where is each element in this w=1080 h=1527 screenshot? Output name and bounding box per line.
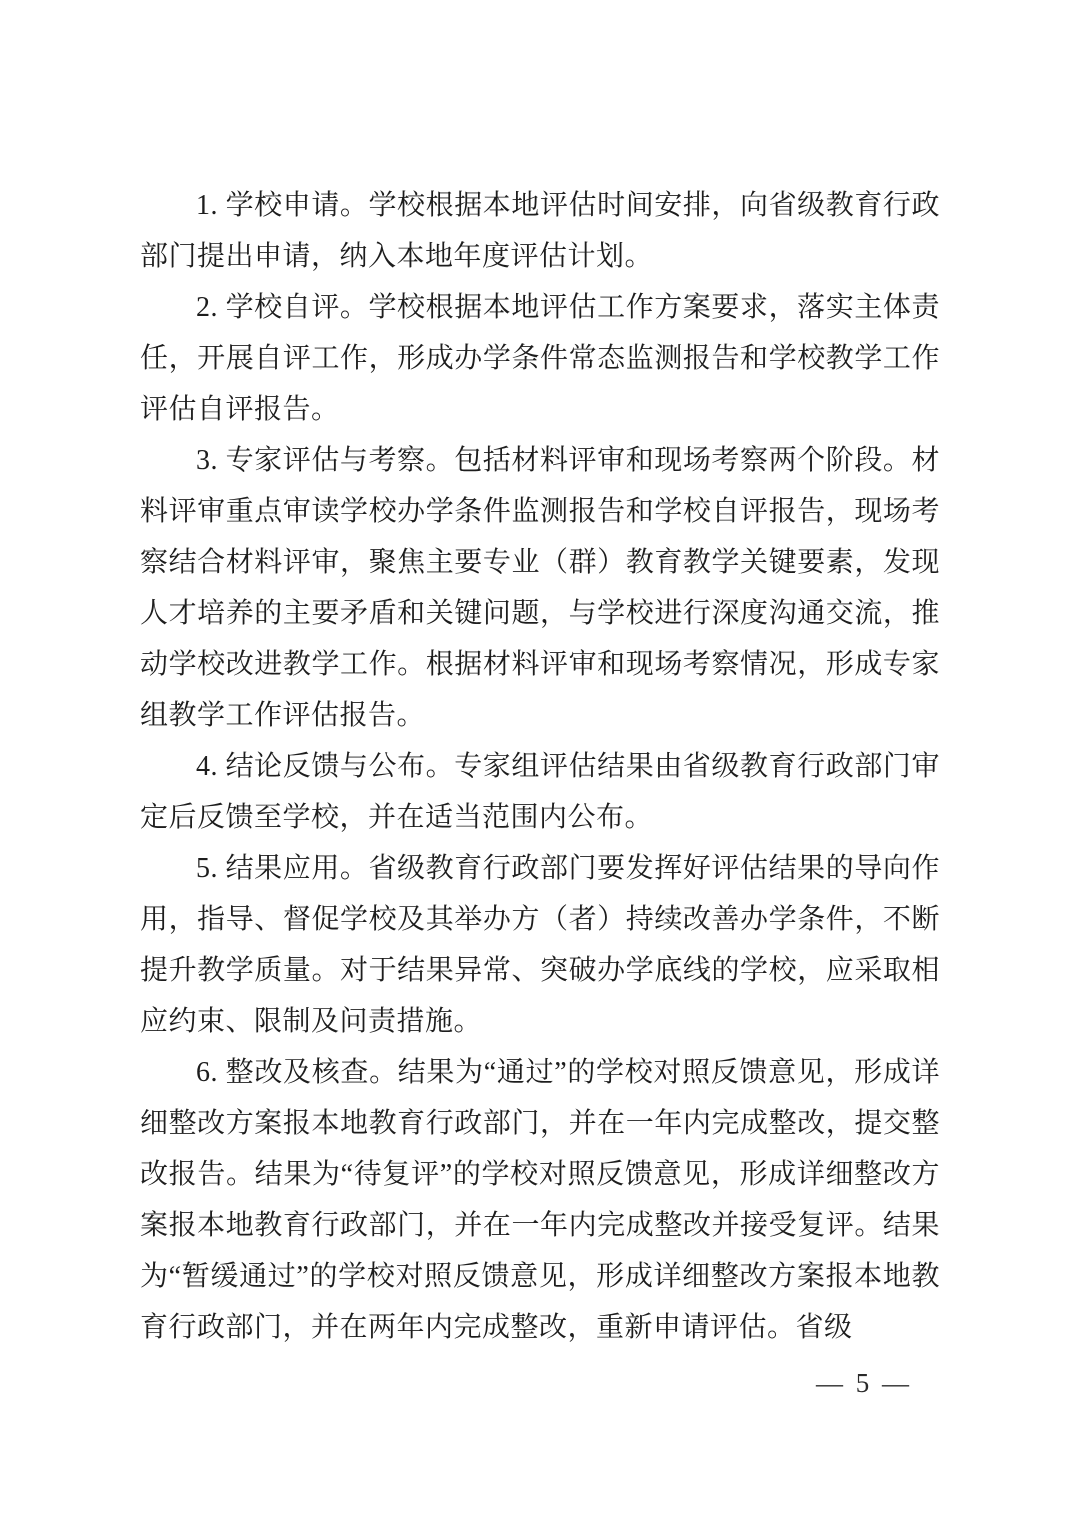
paragraph-rectification-and-verification: 6. 整改及核查。结果为“通过”的学校对照反馈意见，形成详细整改方案报本地教育行… — [140, 1047, 940, 1353]
paragraph-conclusion-feedback-and-publication: 4. 结论反馈与公布。专家组评估结果由省级教育行政部门审定后反馈至学校，并在适当… — [140, 741, 940, 843]
page-number: — 5 — — [816, 1368, 912, 1398]
paragraph-school-application: 1. 学校申请。学校根据本地评估时间安排，向省级教育行政部门提出申请，纳入本地年… — [140, 180, 940, 282]
paragraph-result-application: 5. 结果应用。省级教育行政部门要发挥好评估结果的导向作用，指导、督促学校及其举… — [140, 843, 940, 1047]
document-page: 1. 学校申请。学校根据本地评估时间安排，向省级教育行政部门提出申请，纳入本地年… — [0, 0, 1080, 1527]
document-body: 1. 学校申请。学校根据本地评估时间安排，向省级教育行政部门提出申请，纳入本地年… — [140, 180, 940, 1353]
paragraph-expert-evaluation-and-inspection: 3. 专家评估与考察。包括材料评审和现场考察两个阶段。材料评审重点审读学校办学条… — [140, 435, 940, 741]
paragraph-school-self-evaluation: 2. 学校自评。学校根据本地评估工作方案要求，落实主体责任，开展自评工作，形成办… — [140, 282, 940, 435]
